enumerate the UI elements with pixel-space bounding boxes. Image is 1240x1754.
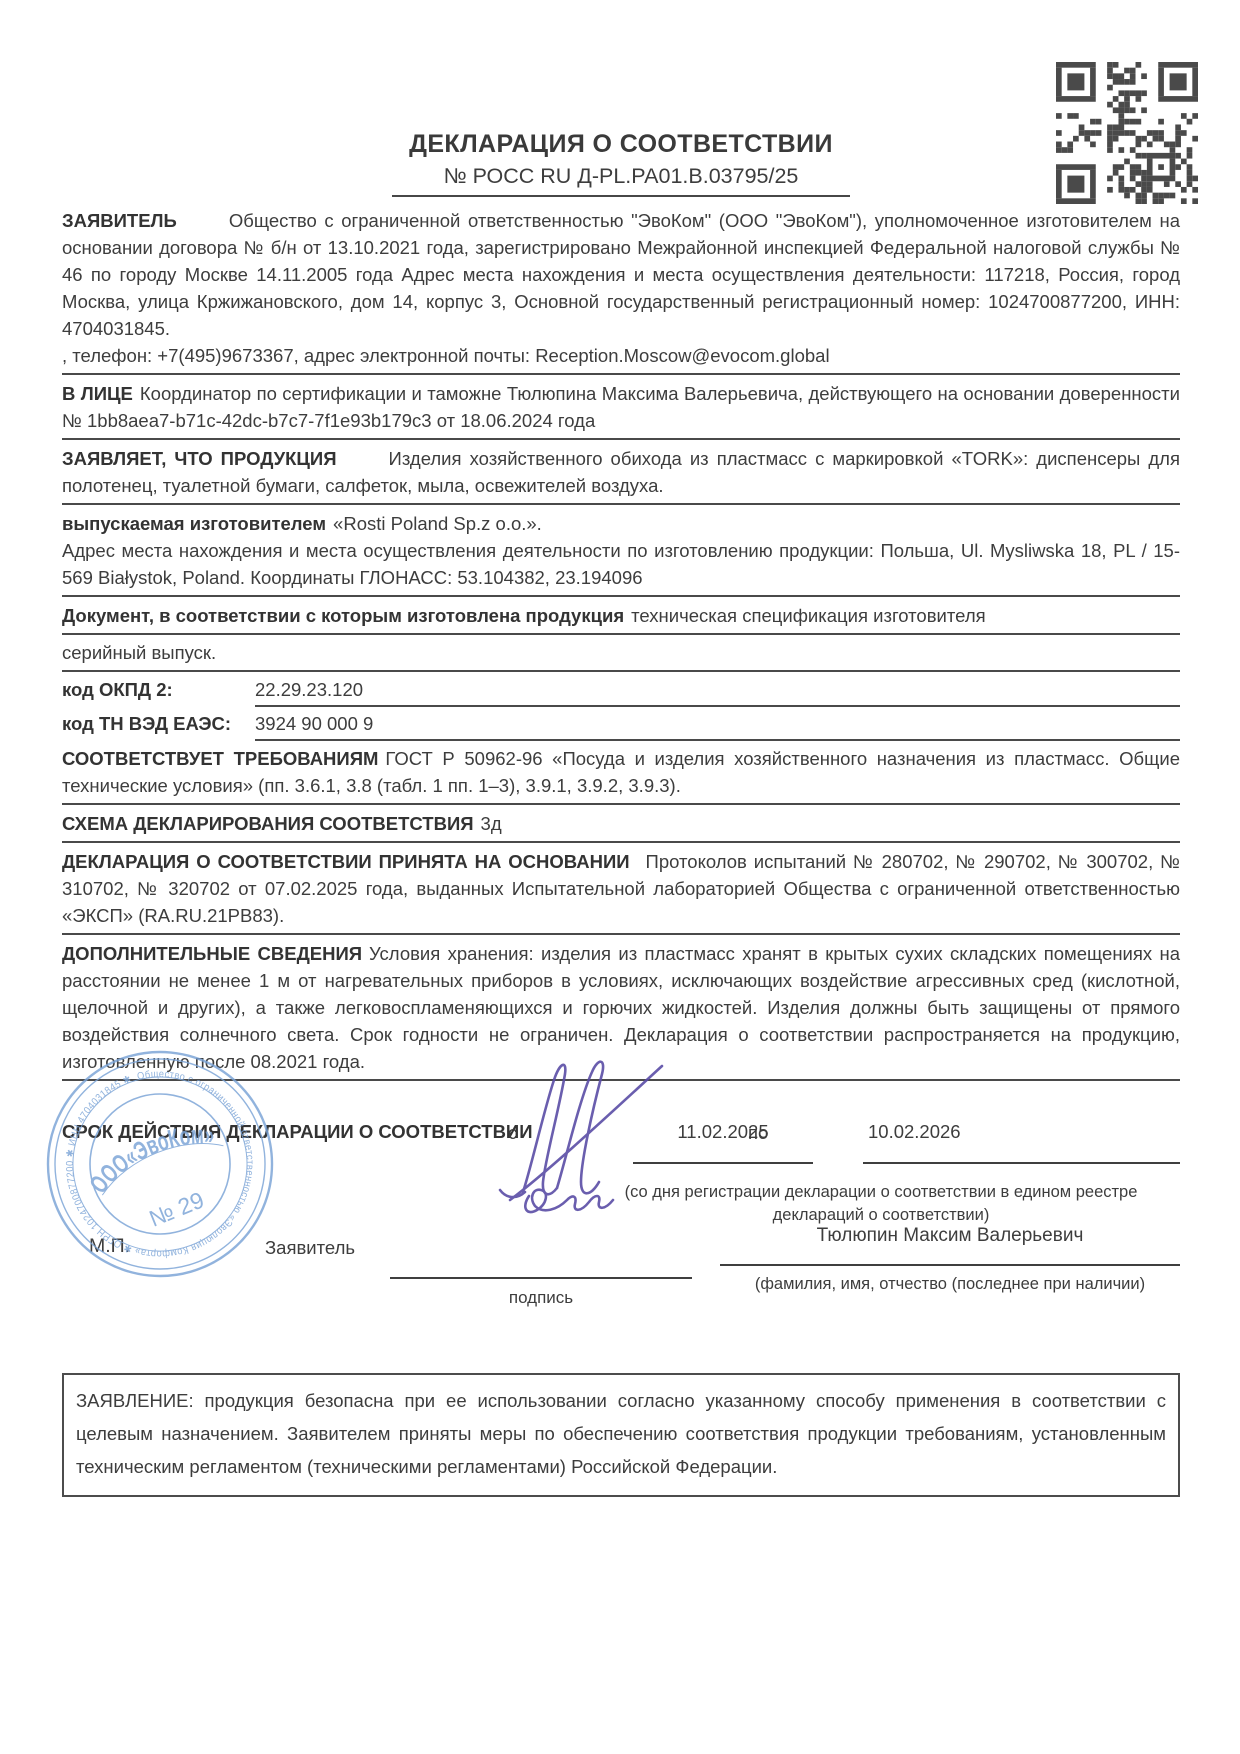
signature-stroke [492,1048,674,1216]
validity-to-date: 10.02.2026 [868,1121,961,1143]
serial-line: серийный выпуск. [62,639,1180,672]
statement-box: ЗАЯВЛЕНИЕ: продукция безопасна при ее ис… [62,1373,1180,1497]
okpd-value: 22.29.23.120 [255,676,1180,707]
svg-text:ООО«ЭвоКом»: ООО«ЭвоКом» [75,1111,228,1204]
basis-label: ДЕКЛАРАЦИЯ О СООТВЕТСТВИИ ПРИНЯТА НА ОСН… [62,851,630,872]
stamp-center-text: ООО«ЭвоКом» [75,1111,228,1204]
name-field: Тюлюпин Максим Валерьевич (фамилия, имя,… [720,1233,1180,1294]
divider [62,933,1180,935]
scheme-value: 3д [481,813,502,834]
applicant-section: ЗАЯВИТЕЛЬОбщество с ограниченной ответст… [62,207,1180,342]
tnved-label: код ТН ВЭД ЕАЭС: [62,710,255,741]
manufacturer-address: Адрес места нахождения и места осуществл… [62,537,1180,591]
basis-section: ДЕКЛАРАЦИЯ О СООТВЕТСТВИИ ПРИНЯТА НА ОСН… [62,848,1180,929]
company-stamp: Общество с ограниченной ответственностью… [44,1048,276,1280]
declares-label: ЗАЯВЛЯЕТ, ЧТО ПРОДУКЦИЯ [62,448,337,469]
declaration-number-value: № РОСС RU Д-PL.РА01.В.03795/25 [392,164,851,197]
okpd-label: код ОКПД 2: [62,676,255,707]
serial-text: серийный выпуск. [62,642,216,663]
divider [62,595,1180,597]
additional-label: ДОПОЛНИТЕЛЬНЫЕ СВЕДЕНИЯ [62,943,362,964]
tnved-value: 3924 90 000 9 [255,710,1180,741]
complies-section: СООТВЕТСТВУЕТ ТРЕБОВАНИЯМГОСТ Р 50962-96… [62,745,1180,799]
manufacturer-label: выпускаемая изготовителем [62,513,326,534]
applicant-role-label: Заявитель [265,1237,355,1259]
scheme-section: СХЕМА ДЕКЛАРИРОВАНИЯ СООТВЕТСТВИЯ3д [62,810,1180,837]
okpd-row: код ОКПД 2: 22.29.23.120 [62,676,1180,707]
in-person-section: В ЛИЦЕКоординатор по сертификации и тамо… [62,380,1180,434]
divider [62,841,1180,843]
declares-section: ЗАЯВЛЯЕТ, ЧТО ПРОДУКЦИЯИзделия хозяйстве… [62,445,1180,499]
applicant-contact: , телефон: +7(495)9673367, адрес электро… [62,345,830,366]
tnved-row: код ТН ВЭД ЕАЭС: 3924 90 000 9 [62,710,1180,741]
svg-text:Общество с ограниченной ответс: Общество с ограниченной ответственностью… [44,1048,276,1280]
applicant-label: ЗАЯВИТЕЛЬ [62,210,177,231]
validity-to-underline [863,1162,1180,1164]
manufacturer-line: выпускаемая изготовителем«Rosti Poland S… [62,510,1180,537]
doc-basis-label: Документ, в соответствии с которым изгот… [62,605,624,626]
declaration-document: ДЕКЛАРАЦИЯ О СООТВЕТСТВИИ № РОСС RU Д-PL… [0,0,1240,1754]
validity-between: по [748,1122,768,1144]
divider [62,803,1180,805]
signatory-name: Тюлюпин Максим Валерьевич [720,1225,1180,1247]
scheme-label: СХЕМА ДЕКЛАРИРОВАНИЯ СООТВЕТСТВИЯ [62,813,474,834]
divider [62,373,1180,375]
page-title: ДЕКЛАРАЦИЯ О СООТВЕТСТВИИ [62,130,1180,159]
declaration-number: № РОСС RU Д-PL.РА01.В.03795/25 [62,164,1180,197]
stamp-ring-text: Общество с ограниченной ответственностью… [44,1048,276,1280]
signature-field: подпись [390,1233,692,1308]
complies-label: СООТВЕТСТВУЕТ ТРЕБОВАНИЯМ [62,748,378,769]
manufacturer-value: «Rosti Poland Sp.z o.o.». [333,513,542,534]
in-person-text: Координатор по сертификации и таможне Тю… [62,383,1180,431]
applicant-text: Общество с ограниченной ответственностью… [62,210,1180,339]
doc-basis-line: Документ, в соответствии с которым изгот… [62,602,1180,635]
stamp-number: № 29 [145,1186,207,1231]
name-underline [720,1264,1180,1266]
divider [62,503,1180,505]
in-person-label: В ЛИЦЕ [62,383,133,404]
signature-caption: подпись [390,1288,692,1308]
name-caption: (фамилия, имя, отчество (последнее при н… [720,1275,1180,1294]
signature-underline [390,1277,692,1279]
statement-text: ЗАЯВЛЕНИЕ: продукция безопасна при ее ис… [76,1390,1166,1477]
doc-basis-value: техническая спецификация изготовителя [631,605,986,626]
divider [62,438,1180,440]
manufacturer-address-text: Адрес места нахождения и места осуществл… [62,540,1180,588]
applicant-contact-line: , телефон: +7(495)9673367, адрес электро… [62,342,1180,369]
